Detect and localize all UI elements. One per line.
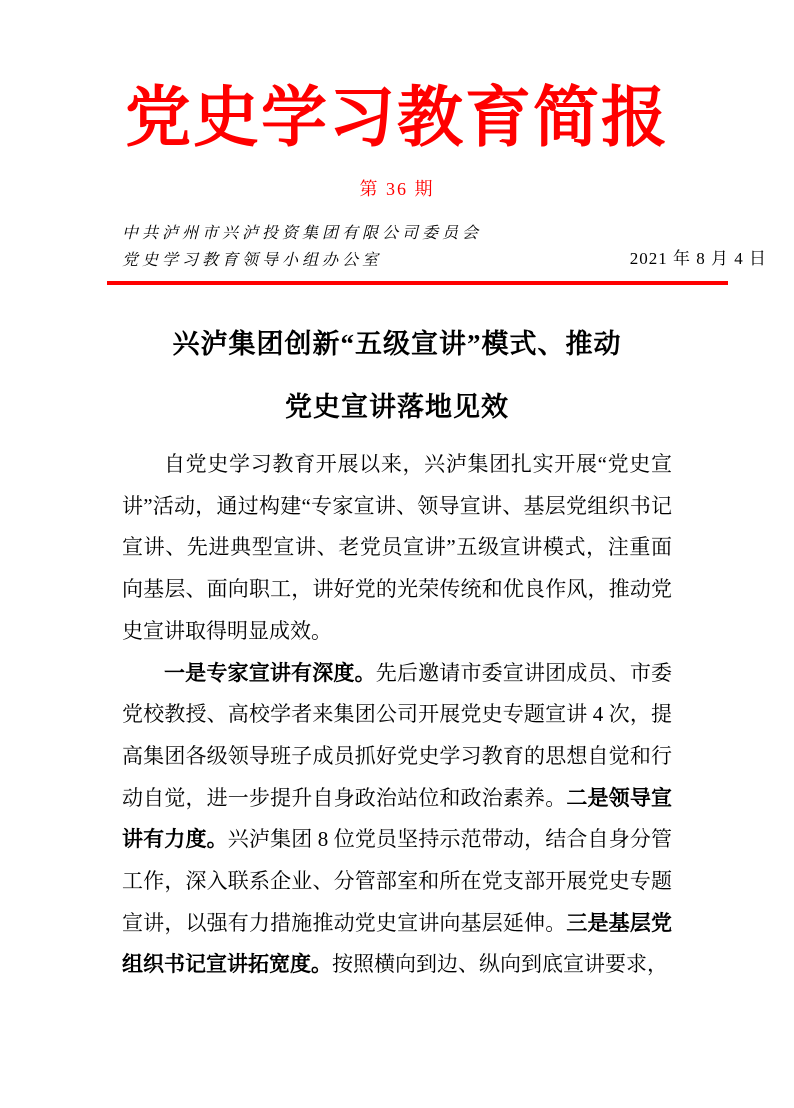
article-title-line-1: 兴泸集团创新“五级宣讲”模式、推动 — [0, 313, 794, 376]
publisher-row: 中共泸州市兴泸投资集团有限公司委员会 党史学习教育领导小组办公室 2021 年 … — [122, 220, 767, 274]
publisher-line-2: 党史学习教育领导小组办公室 — [122, 247, 482, 274]
article-body: 自党史学习教育开展以来，兴泸集团扎实开展“党史宣讲”活动，通过构建“专家宣讲、领… — [122, 444, 672, 986]
issue-date: 2021 年 8 月 4 日 — [630, 245, 767, 274]
text-segment: 按照横向到边、纵向到底宣讲要求， — [332, 952, 668, 976]
article-title-line-2: 党史宣讲落地见效 — [0, 376, 794, 439]
publisher-block: 中共泸州市兴泸投资集团有限公司委员会 党史学习教育领导小组办公室 — [122, 220, 482, 274]
masthead-title: 党史学习教育简报 — [0, 0, 794, 166]
issue-number: 第 36 期 — [0, 178, 794, 200]
article-title: 兴泸集团创新“五级宣讲”模式、推动 党史宣讲落地见效 — [0, 313, 794, 439]
body-paragraph-2: 一是专家宣讲有深度。先后邀请市委宣讲团成员、市委党校教授、高校学者来集团公司开展… — [122, 653, 672, 987]
text-segment-bold-point-1: 一是专家宣讲有深度。 — [164, 661, 376, 685]
bulletin-page: 党史学习教育简报 第 36 期 中共泸州市兴泸投资集团有限公司委员会 党史学习教… — [0, 0, 794, 1108]
masthead-divider-rule — [107, 281, 728, 285]
body-paragraph-1: 自党史学习教育开展以来，兴泸集团扎实开展“党史宣讲”活动，通过构建“专家宣讲、领… — [122, 444, 672, 653]
text-segment: 自党史学习教育开展以来，兴泸集团扎实开展“党史宣讲”活动，通过构建“专家宣讲、领… — [122, 452, 672, 643]
publisher-line-1: 中共泸州市兴泸投资集团有限公司委员会 — [122, 220, 482, 247]
